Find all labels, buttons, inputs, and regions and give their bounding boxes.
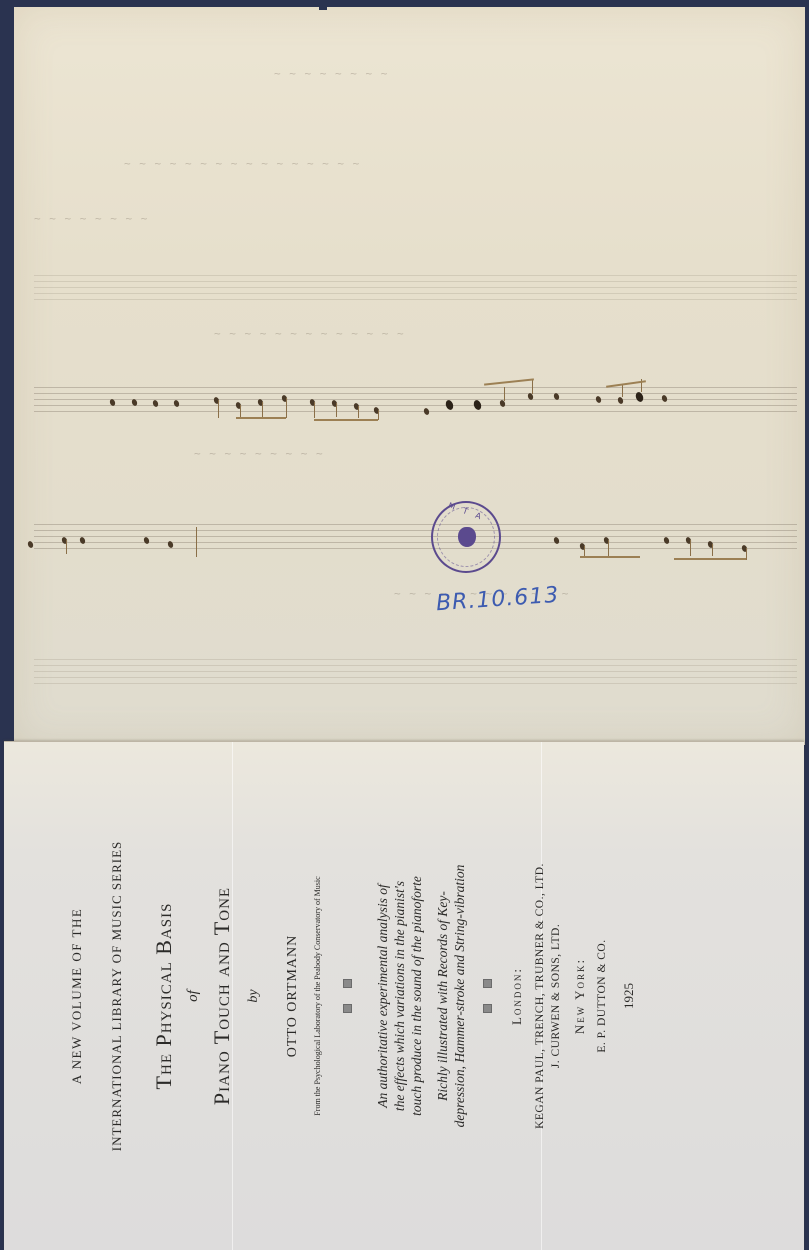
publisher-city-new-york: New York: [572,796,588,1196]
square-ornament-icon [343,979,352,988]
faint-writing-line: ~ ~ ~ ~ ~ ~ ~ ~ ~ ~ ~ ~ ~ ~ ~ ~ [124,157,360,170]
description-paragraph-2: Richly illustrated with Records of Key- … [434,796,468,1196]
printed-leaflet: A NEW VOLUME OF THE INTERNATIONAL LIBRAR… [4,741,804,1250]
music-staff [34,659,797,685]
description-line: Richly illustrated with Records of Key- [434,796,451,1196]
square-ornament-icon [483,979,492,988]
author-affiliation: From the Psychological Laboratory of the… [313,796,322,1196]
square-ornament-icon [483,1004,492,1013]
music-staff [34,387,797,413]
leaflet-text-block: A NEW VOLUME OF THE INTERNATIONAL LIBRAR… [59,796,749,1196]
faint-writing-line: ~ ~ ~ ~ ~ ~ ~ ~ ~ ~ ~ ~ ~ [214,327,405,340]
author-name: OTTO ORTMANN [285,796,301,1196]
series-line-1: A NEW VOLUME OF THE [69,796,85,1196]
coat-of-arms-icon [458,527,476,547]
publisher-line: J. CURWEN & SONS, LTD. [550,796,562,1196]
paper-tear [319,0,327,10]
manuscript-sheet: ~ ~ ~ ~ ~ ~ ~ ~ ~ ~ ~ ~ ~ ~ ~ ~ ~ ~ ~ ~ … [14,7,805,745]
ornament-divider [479,796,497,1196]
square-ornament-icon [343,1004,352,1013]
publisher-line: KEGAN PAUL, TRENCH, TRUBNER & CO., LTD. [534,796,546,1196]
faint-writing-line: ~ ~ ~ ~ ~ ~ ~ ~ [274,67,388,80]
music-staff [34,275,797,301]
library-stamp: M T A [431,501,501,573]
scanned-document: ~ ~ ~ ~ ~ ~ ~ ~ ~ ~ ~ ~ ~ ~ ~ ~ ~ ~ ~ ~ … [0,0,809,1250]
by-label: by [246,796,262,1196]
faint-writing-line: ~ ~ ~ ~ ~ ~ ~ ~ [34,212,148,225]
faint-writing-line: ~ ~ ~ ~ ~ ~ ~ ~ ~ [194,447,324,460]
publisher-city-london: London: [509,796,525,1196]
book-title-of: of [185,796,202,1196]
description-line: depression, Hammer-stroke and String-vib… [451,796,468,1196]
ornament-divider [339,796,357,1196]
music-staff [34,524,797,550]
description-line: touch produce in the sound of the pianof… [408,796,425,1196]
description-line: the effects which variations in the pian… [391,796,408,1196]
publication-year: 1925 [621,796,637,1196]
book-title-line-1: The Physical Basis [151,796,177,1196]
description-line: An authoritative experimental analysis o… [374,796,391,1196]
book-title-line-2: Piano Touch and Tone [209,796,235,1196]
description-paragraph-1: An authoritative experimental analysis o… [374,796,425,1196]
publisher-line: E. P. DUTTON & CO. [596,796,608,1196]
series-line-2: INTERNATIONAL LIBRARY OF MUSIC SERIES [109,796,125,1196]
